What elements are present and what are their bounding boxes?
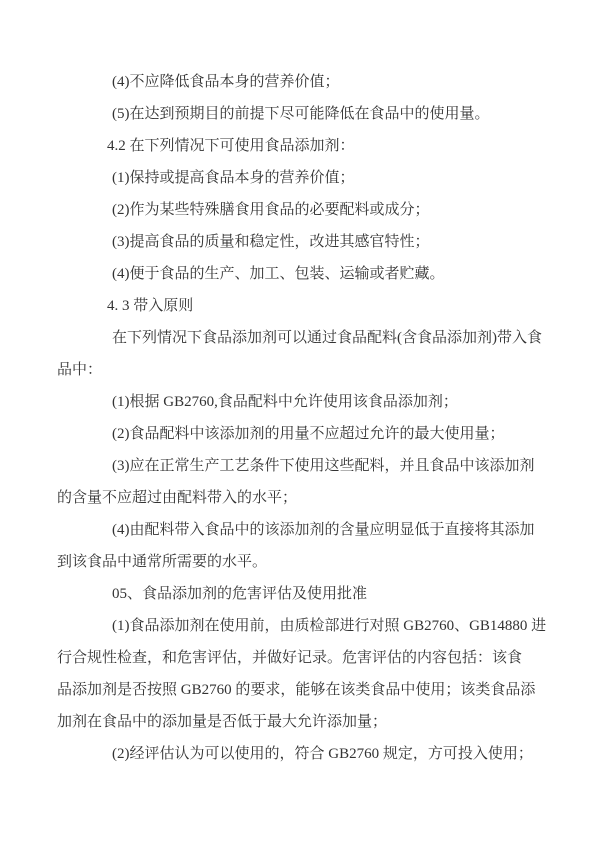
document-page: (4)不应降低食品本身的营养价值； (5)在达到预期目的前提下尽可能降低在食品中… [0, 0, 600, 848]
paragraph-body: 在下列情况下食品添加剂可以通过食品配料(含食品添加剂)带入食 品中： [57, 322, 560, 386]
section-heading-4-3: 4. 3 带入原则 [57, 290, 560, 322]
paragraph-item: (3)提高食品的质量和稳定性，改进其感官特性； [57, 226, 560, 258]
paragraph-item: (4)便于食品的生产、加工、包装、运输或者贮藏。 [57, 258, 560, 290]
section-heading-4-2: 4.2 在下列情况下可使用食品添加剂： [57, 130, 560, 162]
paragraph-item: (2)作为某些特殊膳食用食品的必要配料或成分； [57, 194, 560, 226]
paragraph-item: (5)在达到预期目的前提下尽可能降低在食品中的使用量。 [57, 98, 560, 130]
paragraph-item: (3)应在正常生产工艺条件下使用这些配料，并且食品中该添加剂 的含量不应超过由配… [57, 450, 560, 514]
paragraph-item: (2)经评估认为可以使用的，符合 GB2760 规定，方可投入使用； [57, 738, 560, 770]
paragraph-item: (1)根据 GB2760,食品配料中允许使用该食品添加剂； [57, 386, 560, 418]
paragraph-item: (1)食品添加剂在使用前，由质检部进行对照 GB2760、GB14880 进 行… [57, 610, 560, 738]
paragraph-item: (1)保持或提高食品本身的营养价值； [57, 162, 560, 194]
section-heading-05: 05、食品添加剂的危害评估及使用批准 [57, 578, 560, 610]
paragraph-item: (4)不应降低食品本身的营养价值； [57, 66, 560, 98]
paragraph-item: (4)由配料带入食品中的该添加剂的含量应明显低于直接将其添加 到该食品中通常所需… [57, 514, 560, 578]
paragraph-item: (2)食品配料中该添加剂的用量不应超过允许的最大使用量； [57, 418, 560, 450]
